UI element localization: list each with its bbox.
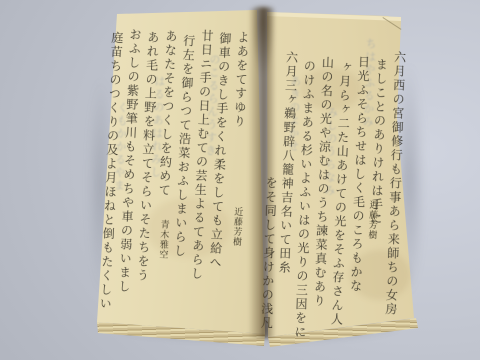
photo-scene: のこるらんうすき はるのあはれみし くもかかるやま よあをてすゆり 近藤芳樹 御…: [0, 0, 480, 360]
paper-stain: [350, 250, 410, 300]
binding-gutter-top-shadow: [250, 6, 276, 96]
paper-stain: [146, 198, 230, 258]
paper-stain: [300, 68, 362, 110]
